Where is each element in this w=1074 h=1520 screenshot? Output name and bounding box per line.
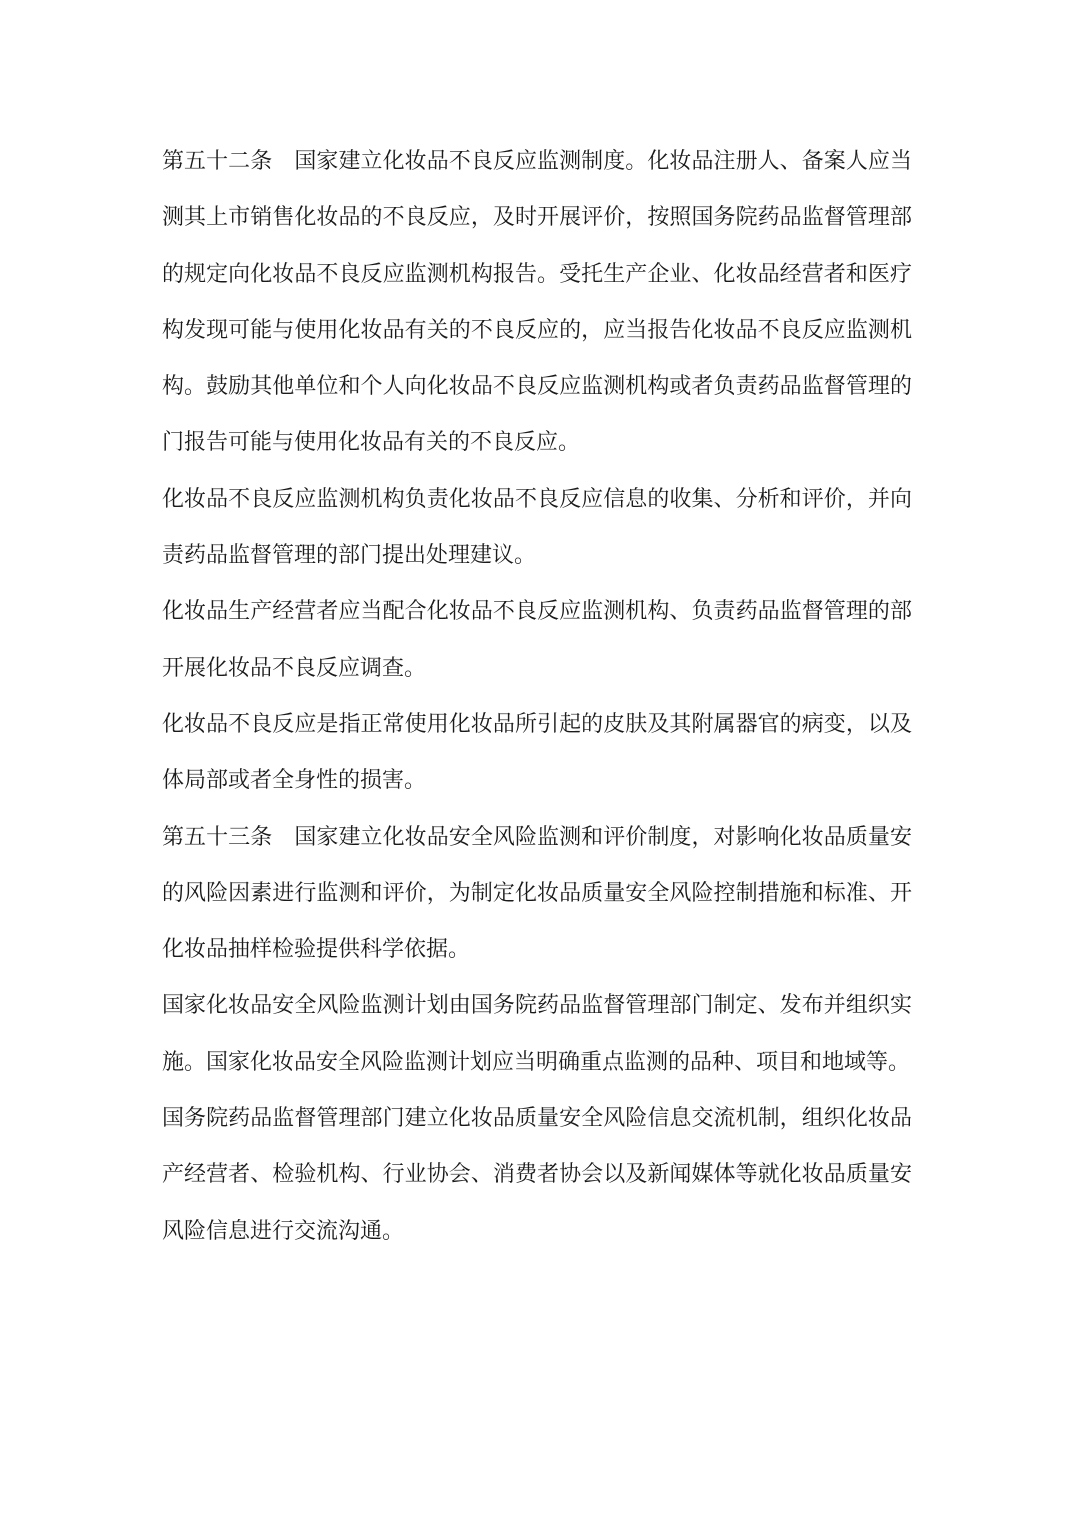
- text-line: 的规定向化妆品不良反应监测机构报告。受托生产企业、化妆品经营者和医疗机: [162, 246, 912, 302]
- text-line: 测其上市销售化妆品的不良反应，及时开展评价，按照国务院药品监督管理部门: [162, 189, 912, 245]
- text-line: 化妆品不良反应是指正常使用化妆品所引起的皮肤及其附属器官的病变，以及人: [162, 696, 912, 752]
- text-line: 构发现可能与使用化妆品有关的不良反应的，应当报告化妆品不良反应监测机: [162, 302, 912, 358]
- text-line: 国家化妆品安全风险监测计划由国务院药品监督管理部门制定、发布并组织实: [162, 977, 912, 1033]
- document-page: 第五十二条 国家建立化妆品不良反应监测制度。化妆品注册人、备案人应当监测其上市销…: [0, 0, 1074, 1520]
- text-line: 施。国家化妆品安全风险监测计划应当明确重点监测的品种、项目和地域等。: [162, 1034, 912, 1090]
- text-line: 门报告可能与使用化妆品有关的不良反应。: [162, 414, 912, 470]
- document-text-block: 第五十二条 国家建立化妆品不良反应监测制度。化妆品注册人、备案人应当监测其上市销…: [162, 133, 912, 1259]
- text-line: 化妆品不良反应监测机构负责化妆品不良反应信息的收集、分析和评价，并向负: [162, 471, 912, 527]
- text-line: 的风险因素进行监测和评价，为制定化妆品质量安全风险控制措施和标准、开展: [162, 865, 912, 921]
- text-line: 构。鼓励其他单位和个人向化妆品不良反应监测机构或者负责药品监督管理的部: [162, 358, 912, 414]
- text-line: 开展化妆品不良反应调查。: [162, 640, 912, 696]
- text-line: 化妆品生产经营者应当配合化妆品不良反应监测机构、负责药品监督管理的部门: [162, 583, 912, 639]
- text-line: 第五十三条 国家建立化妆品安全风险监测和评价制度，对影响化妆品质量安全: [162, 809, 912, 865]
- text-line: 产经营者、检验机构、行业协会、消费者协会以及新闻媒体等就化妆品质量安全: [162, 1146, 912, 1202]
- text-line: 国务院药品监督管理部门建立化妆品质量安全风险信息交流机制，组织化妆品生: [162, 1090, 912, 1146]
- text-line: 风险信息进行交流沟通。: [162, 1203, 912, 1259]
- text-line: 第五十二条 国家建立化妆品不良反应监测制度。化妆品注册人、备案人应当监: [162, 133, 912, 189]
- text-line: 责药品监督管理的部门提出处理建议。: [162, 527, 912, 583]
- text-line: 化妆品抽样检验提供科学依据。: [162, 921, 912, 977]
- text-line: 体局部或者全身性的损害。: [162, 752, 912, 808]
